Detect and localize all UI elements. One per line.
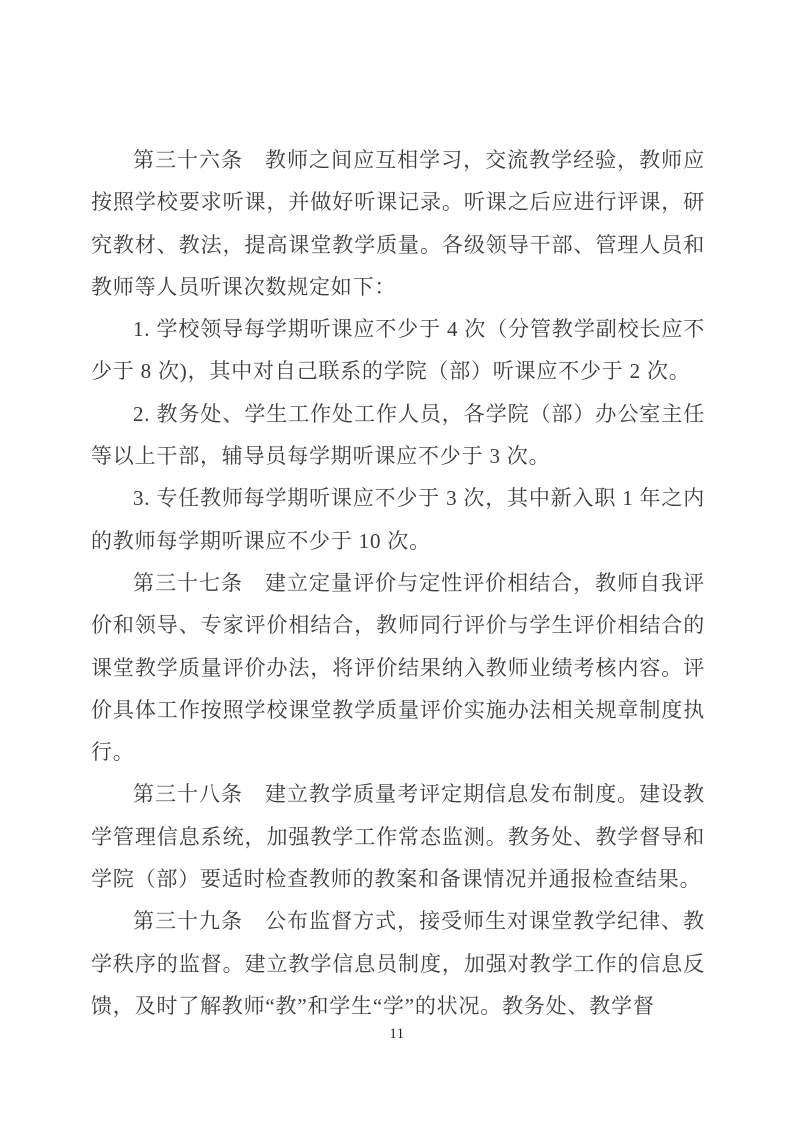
paragraph: 第三十七条 建立定量评价与定性评价相结合，教师自我评价和领导、专家评价相结合，教…: [91, 562, 705, 773]
document-page: 第三十六条 教师之间应互相学习，交流教学经验，教师应按照学校要求听课，并做好听课…: [0, 0, 794, 1123]
page-footer: 11: [0, 1025, 794, 1043]
paragraph: 1. 学校领导每学期听课应不少于 4 次（分管教学副校长应不少于 8 次)，其中…: [91, 308, 705, 393]
document-body: 第三十六条 教师之间应互相学习，交流教学经验，教师应按照学校要求听课，并做好听课…: [91, 139, 705, 1027]
paragraph: 3. 专任教师每学期听课应不少于 3 次，其中新入职 1 年之内的教师每学期听课…: [91, 477, 705, 562]
paragraph: 第三十九条 公布监督方式，接受师生对课堂教学纪律、教学秩序的监督。建立教学信息员…: [91, 900, 705, 1027]
page-number: 11: [390, 1026, 405, 1042]
paragraph: 第三十六条 教师之间应互相学习，交流教学经验，教师应按照学校要求听课，并做好听课…: [91, 139, 705, 308]
paragraph: 2. 教务处、学生工作处工作人员，各学院（部）办公室主任等以上干部，辅导员每学期…: [91, 393, 705, 478]
paragraph: 第三十八条 建立教学质量考评定期信息发布制度。建设教学管理信息系统，加强教学工作…: [91, 773, 705, 900]
